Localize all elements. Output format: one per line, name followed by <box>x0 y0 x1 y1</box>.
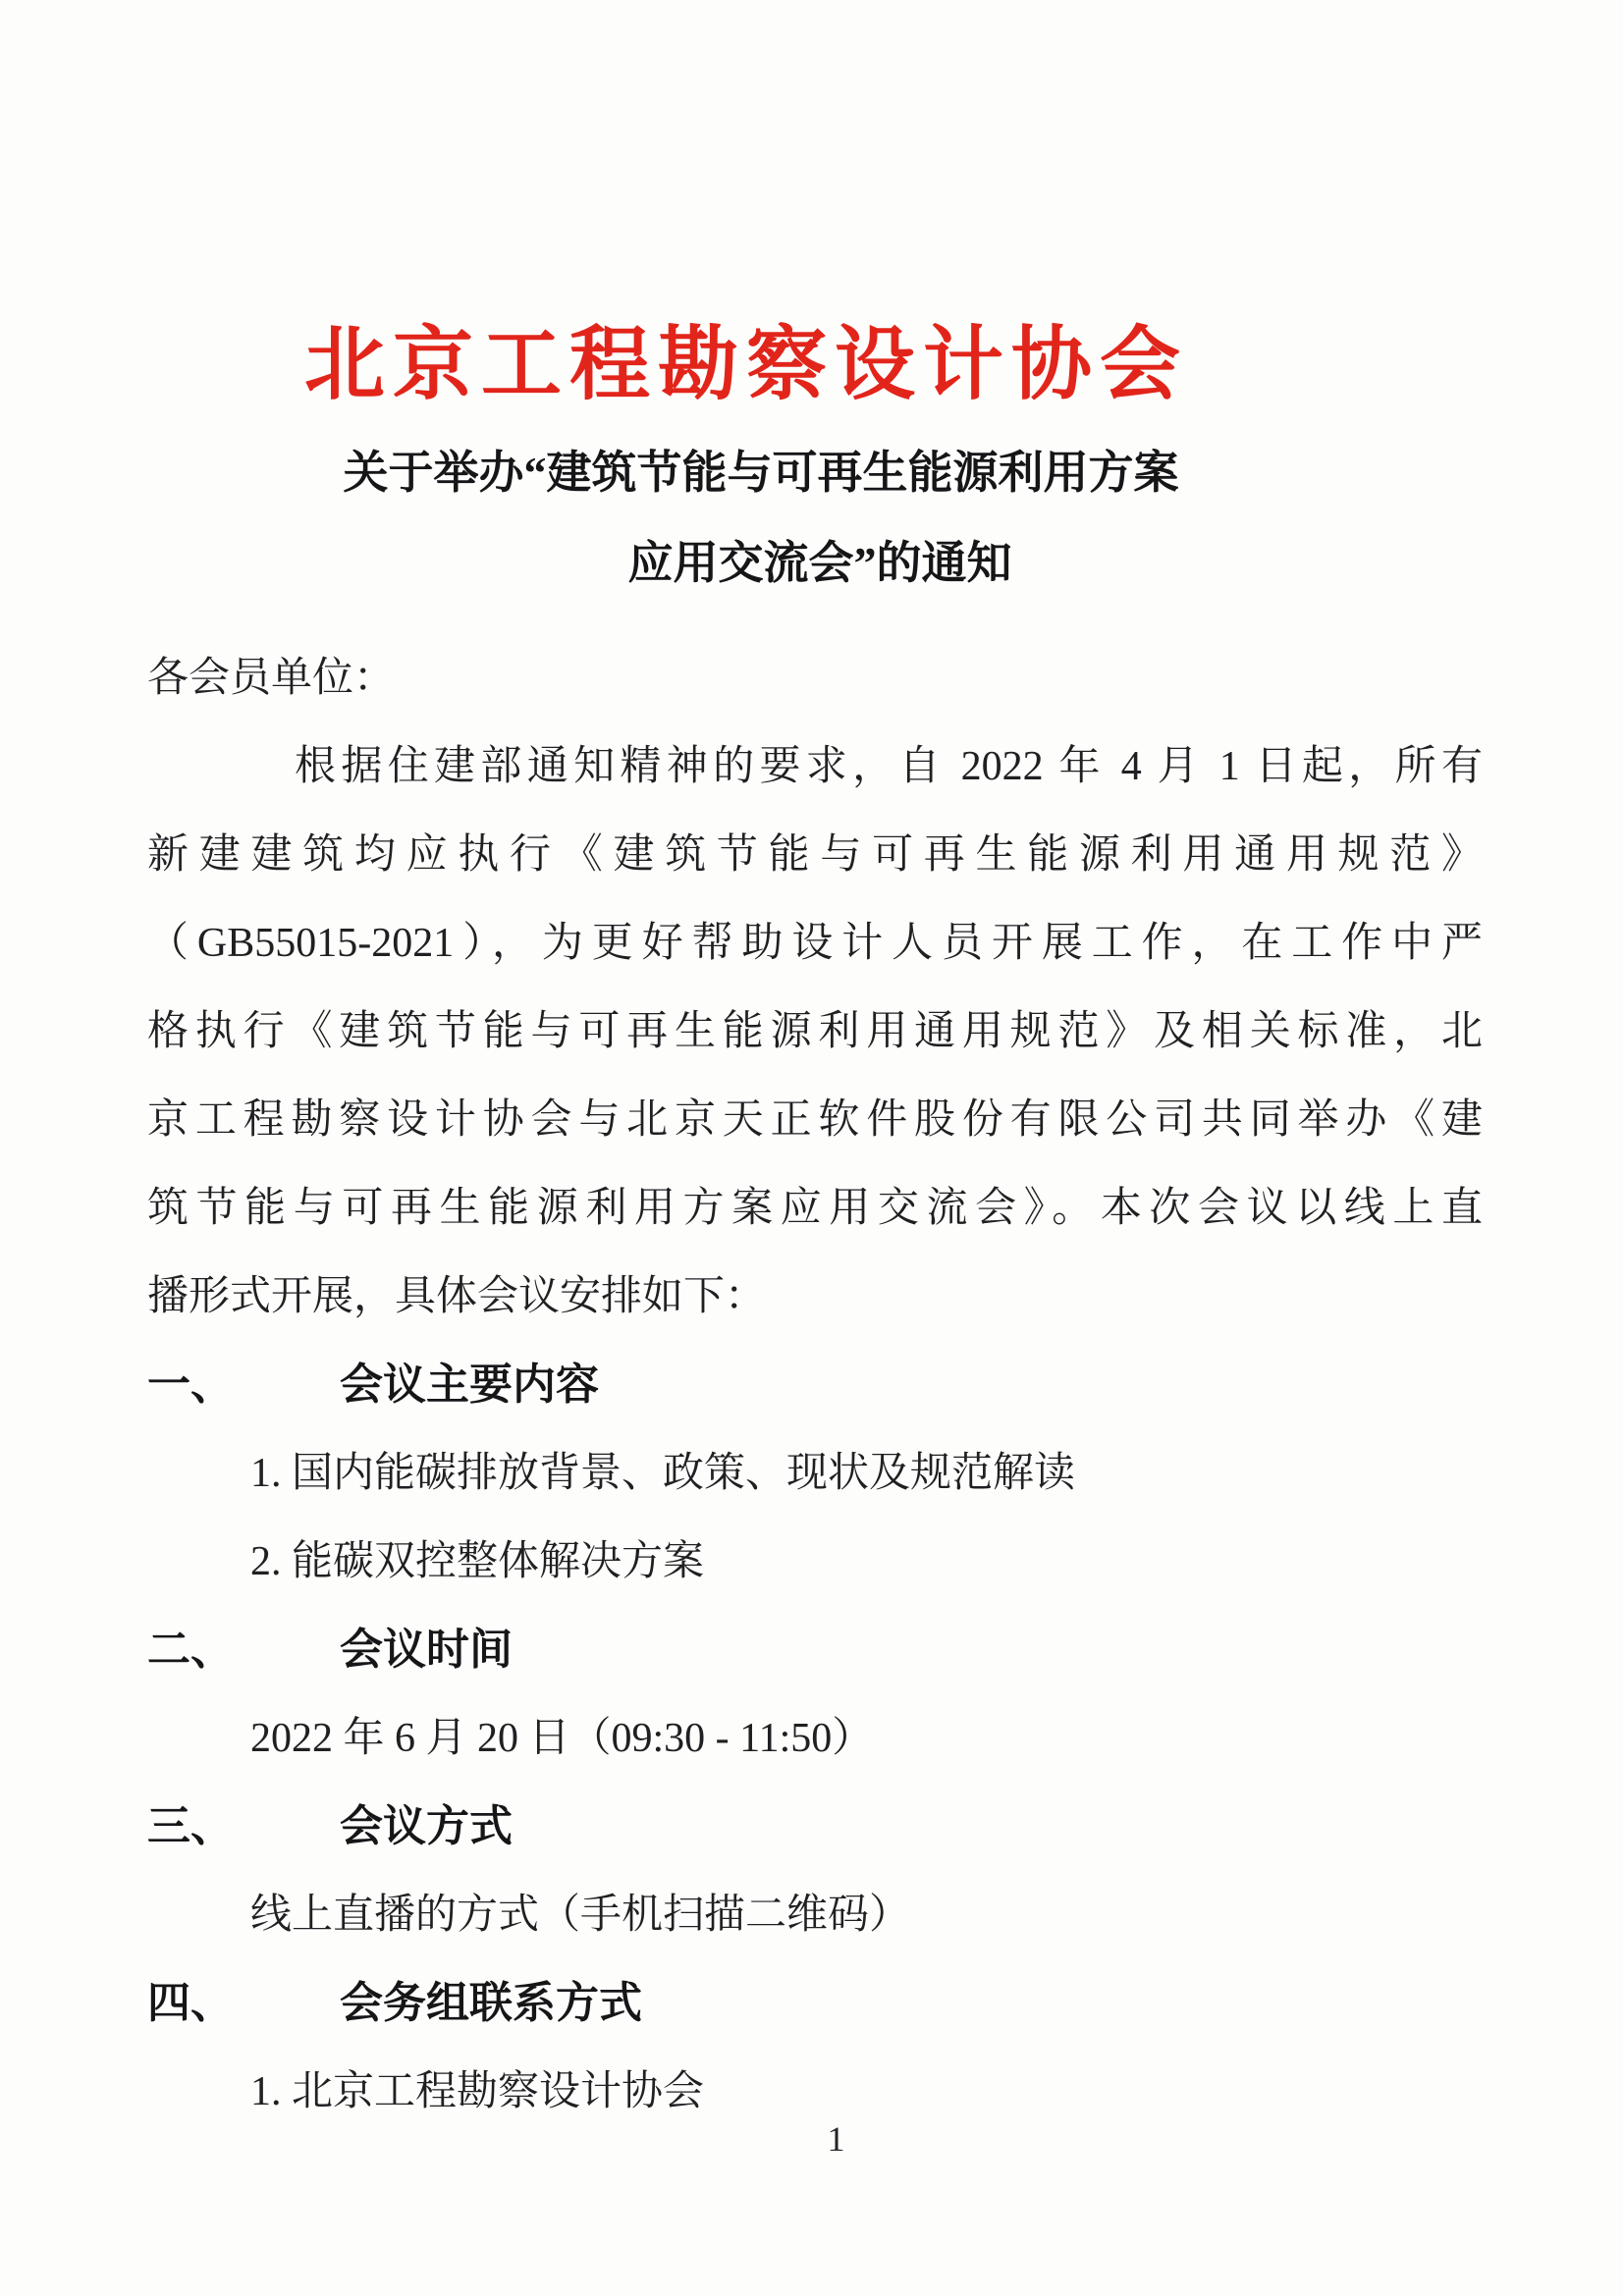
paragraph-line: 格执行《建筑节能与可再生能源利用通用规范》及相关标准，北 <box>147 988 1483 1076</box>
notice-subtitle-line-1: 关于举办“建筑节能与可再生能源利用方案 <box>93 428 1429 518</box>
salutation: 各会员单位： <box>147 634 1483 722</box>
notice-subtitle-line-2: 应用交流会”的通知 <box>152 518 1488 609</box>
section-title: 会议主要内容 <box>340 1341 599 1429</box>
section-number: 二、 <box>147 1606 340 1694</box>
org-title: 北京工程勘察设计协会 <box>79 310 1414 420</box>
meeting-method-value: 线上直播的方式（手机扫描二维码） <box>147 1871 1483 1959</box>
list-item: 2. 能碳双控整体解决方案 <box>147 1518 1483 1606</box>
page-number: 1 <box>25 2118 1623 2160</box>
paragraph-line: 根据住建部通知精神的要求，自 2022 年 4 月 1 日起，所有 <box>147 722 1483 811</box>
section-number: 四、 <box>147 1959 340 2048</box>
notice-subtitle: 关于举办“建筑节能与可再生能源利用方案 应用交流会”的通知 <box>147 428 1483 609</box>
paragraph-line: 京工程勘察设计协会与北京天正软件股份有限公司共同举办《建 <box>147 1076 1483 1164</box>
section-heading-2: 二、 会议时间 <box>147 1606 1483 1694</box>
meeting-time-value: 2022 年 6 月 20 日（09:30 - 11:50） <box>147 1694 1483 1783</box>
list-item: 1. 国内能碳排放背景、政策、现状及规范解读 <box>147 1429 1483 1518</box>
section-title: 会务组联系方式 <box>340 1959 642 2048</box>
section-meeting-method: 三、 会议方式 线上直播的方式（手机扫描二维码） <box>147 1783 1483 1959</box>
notice-page: 北京工程勘察设计协会 关于举办“建筑节能与可再生能源利用方案 应用交流会”的通知… <box>0 0 1623 2296</box>
section-heading-3: 三、 会议方式 <box>147 1783 1483 1871</box>
section-title: 会议时间 <box>340 1606 513 1694</box>
paragraph-line: 新建建筑均应执行《建筑节能与可再生能源利用通用规范》 <box>147 811 1483 899</box>
paragraph-line: 筑节能与可再生能源利用方案应用交流会》。本次会议以线上直 <box>147 1164 1483 1253</box>
section-heading-4: 四、 会务组联系方式 <box>147 1959 1483 2048</box>
section-heading-1: 一、 会议主要内容 <box>147 1341 1483 1429</box>
section-number: 一、 <box>147 1341 340 1429</box>
section-title: 会议方式 <box>340 1783 513 1871</box>
section-main-content: 一、 会议主要内容 1. 国内能碳排放背景、政策、现状及规范解读 2. 能碳双控… <box>147 1341 1483 1606</box>
paragraph-line: 播形式开展，具体会议安排如下： <box>147 1253 1483 1341</box>
section-meeting-time: 二、 会议时间 2022 年 6 月 20 日（09:30 - 11:50） <box>147 1606 1483 1783</box>
paragraph-line: （GB55015-2021），为更好帮助设计人员开展工作，在工作中严 <box>147 899 1483 988</box>
section-contact: 四、 会务组联系方式 1. 北京工程勘察设计协会 <box>147 1959 1483 2136</box>
notice-content: 北京工程勘察设计协会 关于举办“建筑节能与可再生能源利用方案 应用交流会”的通知… <box>147 310 1483 2136</box>
intro-paragraph: 根据住建部通知精神的要求，自 2022 年 4 月 1 日起，所有 新建建筑均应… <box>147 722 1483 1341</box>
section-number: 三、 <box>147 1783 340 1871</box>
